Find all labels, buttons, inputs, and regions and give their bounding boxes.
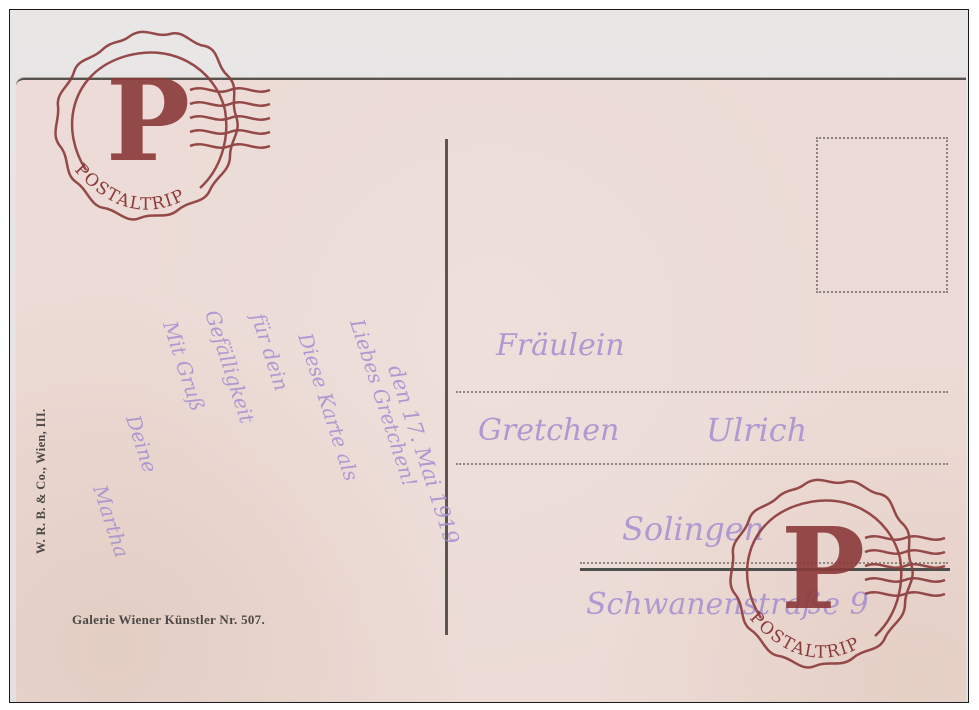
- message-line: Deine: [121, 412, 162, 476]
- address-line-1: [456, 391, 948, 393]
- gallery-caption: Galerie Wiener Künstler Nr. 507.: [72, 612, 265, 628]
- message-line: Martha: [88, 482, 134, 561]
- postcard-scan: W. R. B. & Co., Wien, III. Galerie Wiene…: [9, 9, 969, 703]
- postaltrip-watermark-icon: P POSTALTRIP: [705, 468, 955, 698]
- address-recipient-last-name: Ulrich: [706, 411, 807, 449]
- address-recipient-title: Fräulein: [496, 328, 625, 363]
- postaltrip-watermark-icon: P POSTALTRIP: [30, 20, 280, 250]
- publisher-imprint: W. R. B. & Co., Wien, III.: [34, 314, 49, 554]
- stamp-placeholder-box: [816, 137, 948, 293]
- svg-text:P: P: [781, 504, 865, 635]
- center-divider-line: [445, 139, 448, 635]
- message-line: für dein: [246, 310, 294, 394]
- address-line-2: [456, 463, 948, 465]
- svg-text:P: P: [106, 56, 190, 187]
- message-line: Diese Karte als: [293, 330, 363, 484]
- address-recipient-first-name: Gretchen: [478, 413, 619, 448]
- message-line: Mit Gruß: [158, 318, 210, 414]
